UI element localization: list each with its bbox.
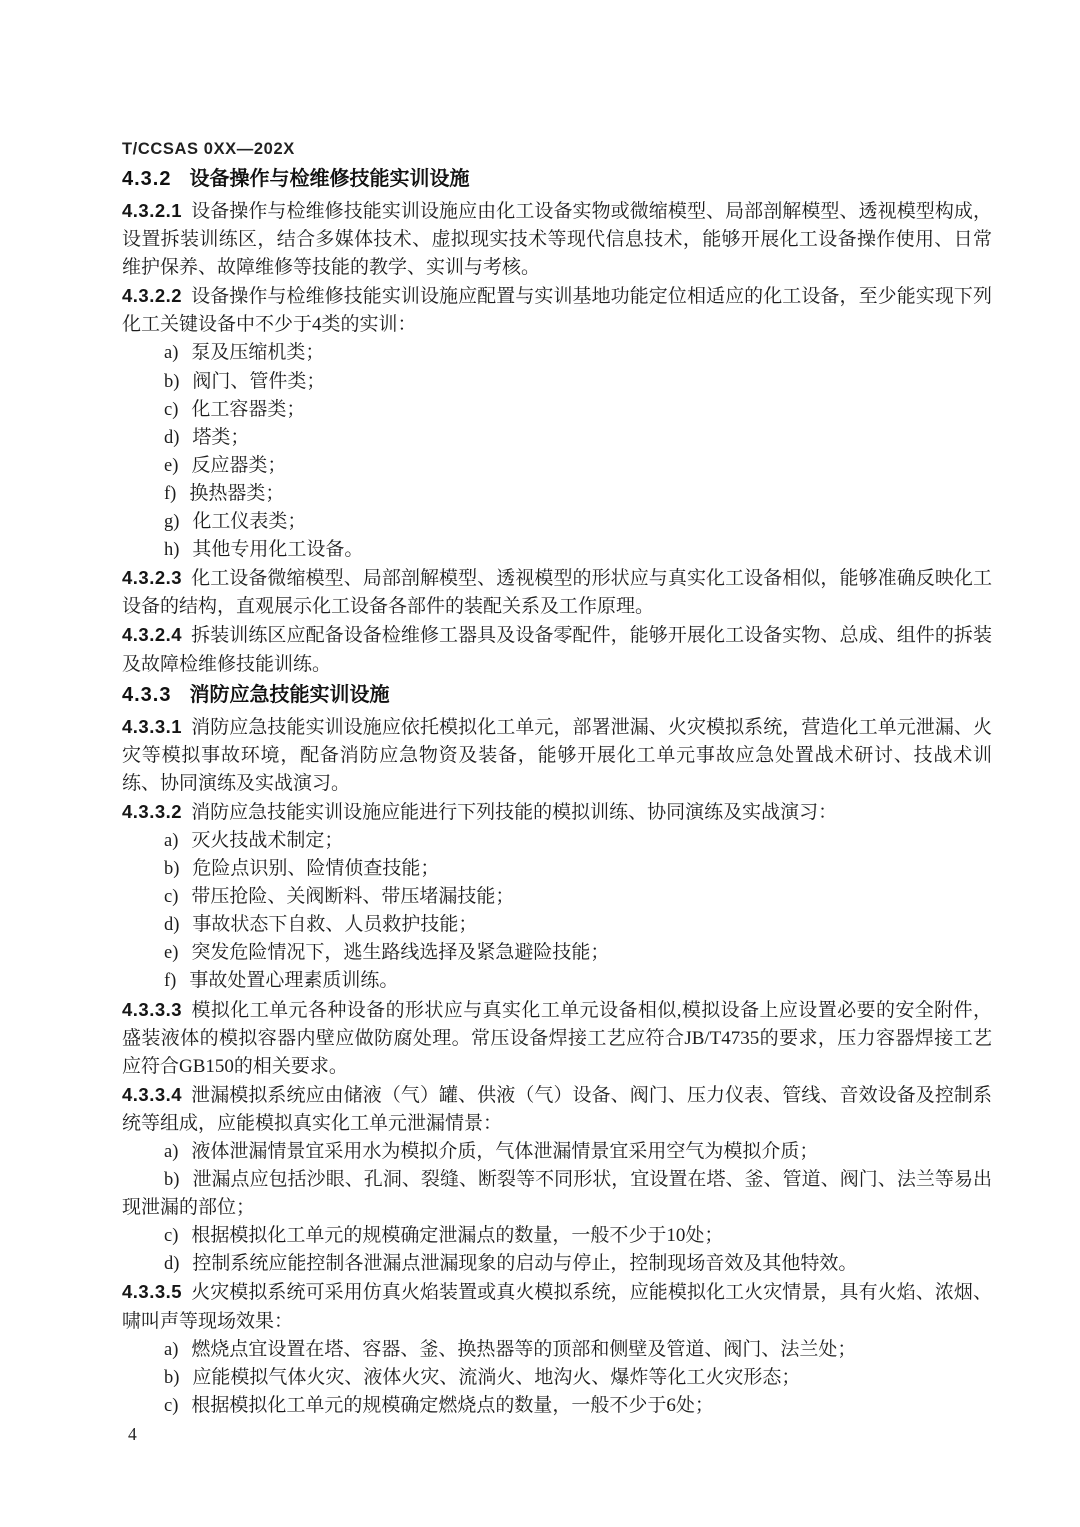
section-heading-4-3-2: 4.3.2设备操作与检维修技能实训设施: [122, 164, 992, 194]
list-item-label: b): [164, 859, 179, 879]
list-item: g)化工仪表类；: [122, 508, 992, 536]
list-item-text: 应能模拟气体火灾、液体火灾、流淌火、地沟火、爆炸等化工火灾形态；: [192, 1367, 800, 1388]
list-item-label: d): [164, 428, 179, 448]
list-item: b)应能模拟气体火灾、液体火灾、流淌火、地沟火、爆炸等化工火灾形态；: [122, 1364, 992, 1392]
clause-4-3-2-1: 4.3.2.1设备操作与检维修技能实训设施应由化工设备实物或微缩模型、局部剖解模…: [122, 197, 992, 282]
list-item-text: 根据模拟化工单元的规模确定燃烧点的数量，一般不少于6处；: [191, 1395, 714, 1416]
section-number: 4.3.2: [122, 168, 171, 190]
page-number: 4: [128, 1424, 137, 1445]
list-item: f)换热器类；: [122, 480, 992, 508]
clause-4-3-3-1: 4.3.3.1消防应急技能实训设施应依托模拟化工单元，部署泄漏、火灾模拟系统，营…: [122, 713, 992, 798]
standard-document-page: T/CCSAS 0XX—202X 4.3.2设备操作与检维修技能实训设施 4.3…: [0, 0, 1080, 1527]
list-item-text: 化工容器类；: [191, 399, 305, 420]
clause-4-3-3-3: 4.3.3.3模拟化工单元各种设备的形状应与真实化工单元设备相似,模拟设备上应设…: [122, 996, 992, 1081]
list-item: d)事故状态下自救、人员救护技能；: [122, 911, 992, 939]
list-item-text: 危险点识别、险情侦查技能；: [192, 858, 439, 879]
list-item-label: g): [164, 512, 179, 532]
clause-number: 4.3.3.1: [122, 716, 182, 737]
section-title: 设备操作与检维修技能实训设施: [189, 168, 469, 190]
clause-4-3-3-2: 4.3.3.2消防应急技能实训设施应能进行下列技能的模拟训练、协同演练及实战演习…: [122, 798, 992, 827]
list-item-label: f): [164, 971, 176, 991]
list-item-text: 反应器类；: [191, 455, 286, 476]
clause-text: 泄漏模拟系统应由储液（气）罐、供液（气）设备、阀门、压力仪表、管线、音效设备及控…: [122, 1085, 992, 1134]
clause-number: 4.3.3.3: [122, 999, 182, 1020]
list-item-text: 控制系统应能控制各泄漏点泄漏现象的启动与停止，控制现场音效及其他特效。: [192, 1253, 857, 1274]
list-item-text: 根据模拟化工单元的规模确定泄漏点的数量，一般不少于10处；: [191, 1225, 723, 1246]
clause-text: 模拟化工单元各种设备的形状应与真实化工单元设备相似,模拟设备上应设置必要的安全附…: [122, 1000, 992, 1077]
list-item-text: 阀门、管件类；: [192, 371, 325, 392]
list-item: e)突发危险情况下，逃生路线选择及紧急避险技能；: [122, 939, 992, 967]
list-item-label: b): [164, 1170, 179, 1190]
list-fire-drill-skills: a)灭火技战术制定； b)危险点识别、险情侦查技能； c)带压抢险、关阀断料、带…: [122, 827, 992, 996]
list-item: e)反应器类；: [122, 452, 992, 480]
list-item-text: 其他专用化工设备。: [192, 539, 363, 560]
clause-text: 拆装训练区应配备设备检维修工器具及设备零配件，能够开展化工设备实物、总成、组件的…: [122, 625, 992, 674]
clause-number: 4.3.2.2: [122, 285, 182, 306]
list-item: d)控制系统应能控制各泄漏点泄漏现象的启动与停止，控制现场音效及其他特效。: [122, 1250, 992, 1278]
list-item: b)泄漏点应包括沙眼、孔洞、裂缝、断裂等不同形状，宜设置在塔、釜、管道、阀门、法…: [122, 1166, 992, 1222]
list-item-text: 化工仪表类；: [192, 511, 306, 532]
document-code-header: T/CCSAS 0XX—202X: [122, 139, 992, 159]
list-item-label: a): [164, 343, 178, 363]
clause-text: 火灾模拟系统可采用仿真火焰装置或真火模拟系统，应能模拟化工火灾情景，具有火焰、浓…: [122, 1282, 992, 1331]
list-item-text: 事故状态下自救、人员救护技能；: [192, 914, 477, 935]
list-item-label: d): [164, 915, 179, 935]
section-title: 消防应急技能实训设施: [189, 684, 389, 706]
list-item-label: e): [164, 943, 178, 963]
list-item: a)液体泄漏情景宜采用水为模拟介质，气体泄漏情景宜采用空气为模拟介质；: [122, 1138, 992, 1166]
list-item-label: e): [164, 456, 178, 476]
list-item: a)燃烧点宜设置在塔、容器、釜、换热器等的顶部和侧壁及管道、阀门、法兰处；: [122, 1336, 992, 1364]
clause-text: 消防应急技能实训设施应依托模拟化工单元，部署泄漏、火灾模拟系统，营造化工单元泄漏…: [122, 717, 992, 794]
list-item-label: h): [164, 540, 179, 560]
list-item-label: d): [164, 1254, 179, 1274]
list-item: c)根据模拟化工单元的规模确定燃烧点的数量，一般不少于6处；: [122, 1392, 992, 1420]
clause-number: 4.3.2.3: [122, 567, 182, 588]
clause-number: 4.3.2.1: [122, 200, 182, 221]
list-item: c)根据模拟化工单元的规模确定泄漏点的数量，一般不少于10处；: [122, 1222, 992, 1250]
list-item: f)事故处置心理素质训练。: [122, 967, 992, 995]
list-item-label: c): [164, 1396, 178, 1416]
list-item: c)带压抢险、关阀断料、带压堵漏技能；: [122, 883, 992, 911]
list-item-text: 带压抢险、关阀断料、带压堵漏技能；: [191, 886, 514, 907]
clause-4-3-3-4: 4.3.3.4泄漏模拟系统应由储液（气）罐、供液（气）设备、阀门、压力仪表、管线…: [122, 1081, 992, 1138]
clause-text: 化工设备微缩模型、局部剖解模型、透视模型的形状应与真实化工设备相似，能够准确反映…: [122, 568, 992, 617]
list-item-label: c): [164, 400, 178, 420]
list-item-label: a): [164, 831, 178, 851]
list-item-label: a): [164, 1340, 178, 1360]
list-item-text: 泵及压缩机类；: [191, 342, 324, 363]
list-leak-simulation: a)液体泄漏情景宜采用水为模拟介质，气体泄漏情景宜采用空气为模拟介质； b)泄漏…: [122, 1138, 992, 1278]
list-item-text: 换热器类；: [189, 483, 284, 504]
clause-4-3-2-3: 4.3.2.3化工设备微缩模型、局部剖解模型、透视模型的形状应与真实化工设备相似…: [122, 564, 992, 621]
clause-number: 4.3.3.5: [122, 1281, 182, 1302]
list-equipment-categories: a)泵及压缩机类； b)阀门、管件类； c)化工容器类； d)塔类； e)反应器…: [122, 339, 992, 564]
list-item-text: 燃烧点宜设置在塔、容器、釜、换热器等的顶部和侧壁及管道、阀门、法兰处；: [191, 1339, 856, 1360]
list-item: d)塔类；: [122, 424, 992, 452]
clause-4-3-3-5: 4.3.3.5火灾模拟系统可采用仿真火焰装置或真火模拟系统，应能模拟化工火灾情景…: [122, 1278, 992, 1335]
list-item-text: 泄漏点应包括沙眼、孔洞、裂缝、断裂等不同形状，宜设置在塔、釜、管道、阀门、法兰等…: [122, 1169, 992, 1218]
clause-text: 消防应急技能实训设施应能进行下列技能的模拟训练、协同演练及实战演习：: [191, 802, 837, 823]
list-item: a)泵及压缩机类；: [122, 339, 992, 367]
clause-number: 4.3.3.2: [122, 801, 182, 822]
list-item-label: f): [164, 484, 176, 504]
section-number: 4.3.3: [122, 684, 171, 706]
clause-4-3-2-2: 4.3.2.2设备操作与检维修技能实训设施应配置与实训基地功能定位相适应的化工设…: [122, 282, 992, 339]
clause-text: 设备操作与检维修技能实训设施应由化工设备实物或微缩模型、局部剖解模型、透视模型构…: [122, 201, 992, 278]
clause-number: 4.3.3.4: [122, 1084, 182, 1105]
list-item: b)危险点识别、险情侦查技能；: [122, 855, 992, 883]
list-item: c)化工容器类；: [122, 396, 992, 424]
list-item-text: 事故处置心理素质训练。: [189, 970, 398, 991]
clause-text: 设备操作与检维修技能实训设施应配置与实训基地功能定位相适应的化工设备，至少能实现…: [122, 286, 992, 335]
list-item-label: c): [164, 1226, 178, 1246]
list-item-text: 液体泄漏情景宜采用水为模拟介质，气体泄漏情景宜采用空气为模拟介质；: [191, 1141, 818, 1162]
page-content: T/CCSAS 0XX—202X 4.3.2设备操作与检维修技能实训设施 4.3…: [122, 139, 992, 1420]
list-item-text: 灭火技战术制定；: [191, 830, 343, 851]
list-item: b)阀门、管件类；: [122, 368, 992, 396]
list-item: a)灭火技战术制定；: [122, 827, 992, 855]
list-item-label: b): [164, 1368, 179, 1388]
list-item-label: b): [164, 372, 179, 392]
list-item-text: 突发危险情况下，逃生路线选择及紧急避险技能；: [191, 942, 609, 963]
list-item-label: a): [164, 1142, 178, 1162]
list-fire-simulation: a)燃烧点宜设置在塔、容器、釜、换热器等的顶部和侧壁及管道、阀门、法兰处； b)…: [122, 1336, 992, 1420]
list-item: h)其他专用化工设备。: [122, 536, 992, 564]
clause-number: 4.3.2.4: [122, 624, 182, 645]
section-heading-4-3-3: 4.3.3消防应急技能实训设施: [122, 680, 992, 710]
list-item-text: 塔类；: [192, 427, 249, 448]
list-item-label: c): [164, 887, 178, 907]
clause-4-3-2-4: 4.3.2.4拆装训练区应配备设备检维修工器具及设备零配件，能够开展化工设备实物…: [122, 621, 992, 678]
